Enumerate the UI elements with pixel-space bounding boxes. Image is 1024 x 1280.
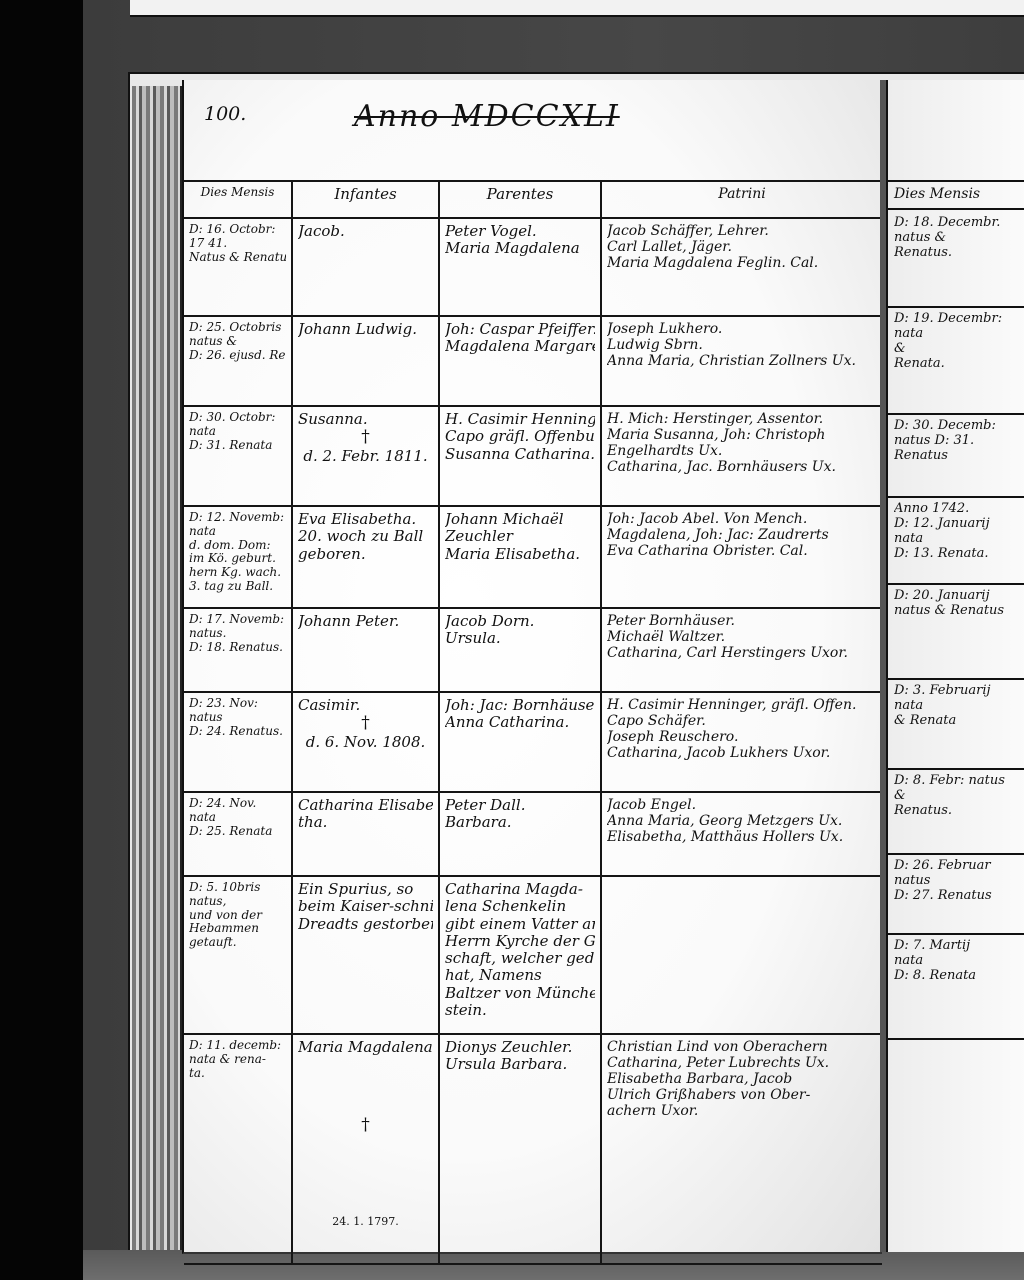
cell-parents-line: lena Schenkelin xyxy=(445,898,595,915)
cell-parents: Johann MichaëlZeuchlerMaria Elisabetha. xyxy=(439,506,601,608)
cell-date-line: D: 12. Novemb: xyxy=(189,511,286,525)
cell-parents: Dionys Zeuchler.Ursula Barbara. xyxy=(439,1034,601,1264)
cell-patrini-line: achern Uxor. xyxy=(607,1103,877,1119)
cell-patrini-line: Maria Magdalena Feglin. Cal. xyxy=(607,255,877,271)
cell-parents-line: Peter Dall. xyxy=(445,797,595,814)
cell-patrini-line: Jacob Schäffer, Lehrer. xyxy=(607,223,877,239)
scan-black-border xyxy=(0,0,83,1280)
cell-parents-line: Jacob Dorn. xyxy=(445,613,595,630)
death-cross-icon: † xyxy=(298,1116,433,1136)
cell-parents: Joh: Jac: Bornhäuser.Anna Catharina. xyxy=(439,692,601,792)
register-row: D: 11. decemb:nata & rena-ta.Maria Magda… xyxy=(184,1034,882,1264)
facing-page-entry-line: D: 30. Decemb: xyxy=(894,419,1020,434)
cell-date-line: natus, xyxy=(189,895,286,909)
facing-page-entry-line: D: 20. Januarij xyxy=(894,589,1020,604)
cell-parents-line: Joh: Caspar Pfeiffer. xyxy=(445,321,595,338)
cell-patrini-line: Catharina, Jacob Lukhers Uxor. xyxy=(607,745,877,761)
cell-infant-line: Casimir. xyxy=(298,697,433,714)
cell-patrini-line: Michaël Waltzer. xyxy=(607,629,877,645)
cell-patrini-line: Joh: Jacob Abel. Von Mench. xyxy=(607,511,877,527)
cell-parents-line: Dionys Zeuchler. xyxy=(445,1039,595,1056)
cell-date-line: D: 23. Nov: xyxy=(189,697,286,711)
column-header-dies-mensis: Dies Mensis xyxy=(184,181,292,218)
facing-page-entry-line: D: 27. Renatus xyxy=(894,889,1020,904)
facing-page-entry-line: D: 7. Martij xyxy=(894,939,1020,954)
cell-infant: Eva Elisabetha.20. woch zu Ballgeboren. xyxy=(292,506,439,608)
register-row: D: 5. 10brisnatus,und von derHebammenget… xyxy=(184,876,882,1034)
cell-parents-line: schaft, welcher gedient xyxy=(445,950,595,967)
cell-date: D: 30. Octobr:nataD: 31. Renata xyxy=(184,406,292,506)
cell-date-line: 17 41. xyxy=(189,237,286,251)
cell-date-line: ta. xyxy=(189,1067,286,1081)
cell-parents-line: Capo gräfl. Offenbur. xyxy=(445,428,595,445)
cell-parents-line: H. Casimir Henninger xyxy=(445,411,595,428)
death-date-note: 24. 1. 1797. xyxy=(298,1216,433,1229)
cell-patrini-line: Engelhardts Ux. xyxy=(607,443,877,459)
cell-date: D: 12. Novemb:natad. dom. Dom:im Kö. geb… xyxy=(184,506,292,608)
facing-page-entry-line: Renatus xyxy=(894,449,1020,464)
cell-infant-line: tha. xyxy=(298,814,433,831)
cell-date: D: 16. Octobr:17 41.Natus & Renatus xyxy=(184,218,292,316)
cell-parents-line: Barbara. xyxy=(445,814,595,831)
folio-number: 100. xyxy=(204,104,246,126)
year-heading: Anno MDCCXLI xyxy=(354,100,620,135)
cell-parents-line: Catharina Magda- xyxy=(445,881,595,898)
cell-patrini-line: Catharina, Carl Herstingers Uxor. xyxy=(607,645,877,661)
death-date-note: d. 6. Nov. 1808. xyxy=(298,734,433,751)
cell-patrini-line: Joseph Lukhero. xyxy=(607,321,877,337)
cell-infant-line: geboren. xyxy=(298,546,433,563)
cell-parents-line: hat, Namens xyxy=(445,967,595,984)
facing-page-entry-line: D: 12. Januarij xyxy=(894,517,1020,532)
cell-date-line: D: 17. Novemb: xyxy=(189,613,286,627)
facing-page-column-header: Dies Mensis xyxy=(888,180,1024,210)
death-cross-icon: † xyxy=(298,714,433,734)
facing-page-entry-line: D: 8. Renata xyxy=(894,969,1020,984)
facing-page-entry-line: & xyxy=(894,342,1020,357)
register-row: D: 12. Novemb:natad. dom. Dom:im Kö. geb… xyxy=(184,506,882,608)
facing-page-date-entry: Anno 1742.D: 12. JanuarijnataD: 13. Rena… xyxy=(888,498,1024,585)
cell-date-line: D: 18. Renatus. xyxy=(189,641,286,655)
cell-date-line: nata xyxy=(189,425,286,439)
cell-patrini-line: Joseph Reuschero. xyxy=(607,729,877,745)
cell-date-line: getauft. xyxy=(189,936,286,950)
cell-patrini: Jacob Engel.Anna Maria, Georg Metzgers U… xyxy=(601,792,882,876)
cell-infant: Maria Magdalena†24. 1. 1797. xyxy=(292,1034,439,1264)
facing-page-date-entry: D: 7. MartijnataD: 8. Renata xyxy=(888,935,1024,1040)
cell-infant: Casimir.†d. 6. Nov. 1808. xyxy=(292,692,439,792)
facing-page-entry-line: natus & xyxy=(894,231,1020,246)
cell-parents-line: Johann Michaël xyxy=(445,511,595,528)
cell-infant: Johann Ludwig. xyxy=(292,316,439,406)
facing-page-date-entry: D: 19. Decembr:nata&Renata. xyxy=(888,308,1024,415)
cell-date-line: Natus & Renatus xyxy=(189,251,286,265)
cell-parents: Jacob Dorn.Ursula. xyxy=(439,608,601,692)
facing-page-entry-line: Anno 1742. xyxy=(894,502,1020,517)
cell-date-line: D: 25. Octobris xyxy=(189,321,286,335)
cell-infant-line: Eva Elisabetha. xyxy=(298,511,433,528)
facing-page-entry-line: & Renata xyxy=(894,714,1020,729)
column-header-parentes: Parentes xyxy=(439,181,601,218)
register-row: D: 17. Novemb:natus.D: 18. Renatus.Johan… xyxy=(184,608,882,692)
register-row: D: 25. Octobrisnatus &D: 26. ejusd. Rena… xyxy=(184,316,882,406)
cell-infant-line: 20. woch zu Ball xyxy=(298,528,433,545)
cell-patrini-line: Anna Maria, Christian Zollners Ux. xyxy=(607,353,877,369)
cell-date-line: D: 16. Octobr: xyxy=(189,223,286,237)
cell-parents: Catharina Magda-lena Schenkelingibt eine… xyxy=(439,876,601,1034)
register-row: D: 24. Nov.nataD: 25. RenataCatharina El… xyxy=(184,792,882,876)
cell-patrini-line: Christian Lind von Oberachern xyxy=(607,1039,877,1055)
cell-date-line: natus xyxy=(189,711,286,725)
column-header-patrini: Patrini xyxy=(601,181,882,218)
cell-date-line: und von der xyxy=(189,909,286,923)
cell-parents-line: Baltzer von München- xyxy=(445,985,595,1002)
facing-page-date-entry: D: 18. Decembr.natus &Renatus. xyxy=(888,212,1024,308)
cell-patrini-line: Elisabetha Barbara, Jacob xyxy=(607,1071,877,1087)
cell-date-line: Hebammen xyxy=(189,922,286,936)
cell-parents-line: Zeuchler xyxy=(445,528,595,545)
cell-patrini: Joseph Lukhero.Ludwig Sbrn.Anna Maria, C… xyxy=(601,316,882,406)
cell-date-line: D: 30. Octobr: xyxy=(189,411,286,425)
cell-parents-line: Maria Magdalena xyxy=(445,240,595,257)
register-row: D: 23. Nov:natusD: 24. Renatus.Casimir.†… xyxy=(184,692,882,792)
cell-patrini-line: Magdalena, Joh: Jac: Zaudrerts xyxy=(607,527,877,543)
cell-patrini-line: Capo Schäfer. xyxy=(607,713,877,729)
death-cross-icon: † xyxy=(298,428,433,448)
cell-patrini-line: Eva Catharina Obrister. Cal. xyxy=(607,543,877,559)
facing-page-date-entry: D: 20. Januarijnatus & Renatus xyxy=(888,585,1024,680)
facing-page-entry-line: natus & Renatus xyxy=(894,604,1020,619)
cell-patrini-line: Carl Lallet, Jäger. xyxy=(607,239,877,255)
cell-date-line: D: 24. Nov. xyxy=(189,797,286,811)
cell-infant-line: Catharina Elisabe- xyxy=(298,797,433,814)
facing-page-entry-line: Renatus. xyxy=(894,246,1020,261)
cell-infant: Catharina Elisabe-tha. xyxy=(292,792,439,876)
cell-patrini-line: Ludwig Sbrn. xyxy=(607,337,877,353)
register-page-right-fragment: Dies Mensis D: 18. Decembr.natus &Renatu… xyxy=(886,80,1024,1252)
cell-date: D: 23. Nov:natusD: 24. Renatus. xyxy=(184,692,292,792)
cell-parents-line: Anna Catharina. xyxy=(445,714,595,731)
table-header-row: Dies Mensis Infantes Parentes Patrini xyxy=(184,181,882,218)
page-edges-stack xyxy=(132,86,182,1251)
cell-infant-line: Jacob. xyxy=(298,223,433,240)
cell-infant-line: beim Kaiser-schnitt xyxy=(298,898,433,915)
cell-infant-line: Johann Ludwig. xyxy=(298,321,433,338)
facing-page-entry-line: Renata. xyxy=(894,357,1020,372)
cell-parents-line: Magdalena Margaretha xyxy=(445,338,595,355)
cell-date-line: D: 11. decemb: xyxy=(189,1039,286,1053)
cell-patrini-line: Peter Bornhäuser. xyxy=(607,613,877,629)
cell-parents: Peter Dall.Barbara. xyxy=(439,792,601,876)
cell-patrini xyxy=(601,876,882,1034)
facing-page-date-entry: D: 3. Februarijnata& Renata xyxy=(888,680,1024,770)
cell-patrini-line: H. Mich: Herstinger, Assentor. xyxy=(607,411,877,427)
cell-infant: Ein Spurius, sobeim Kaiser-schnittDreadt… xyxy=(292,876,439,1034)
facing-page-date-entry: D: 30. Decemb:natus D: 31.Renatus xyxy=(888,415,1024,498)
cell-infant-line: Dreadts gestorben. xyxy=(298,916,433,933)
cell-date-line: D: 24. Renatus. xyxy=(189,725,286,739)
cell-infant-line: Johann Peter. xyxy=(298,613,433,630)
cell-parents: Joh: Caspar Pfeiffer.Magdalena Margareth… xyxy=(439,316,601,406)
cell-date: D: 11. decemb:nata & rena-ta. xyxy=(184,1034,292,1264)
cell-patrini: Peter Bornhäuser.Michaël Waltzer.Cathari… xyxy=(601,608,882,692)
register-row: D: 16. Octobr:17 41.Natus & RenatusJacob… xyxy=(184,218,882,316)
cell-date: D: 24. Nov.nataD: 25. Renata xyxy=(184,792,292,876)
cell-patrini: Jacob Schäffer, Lehrer.Carl Lallet, Jäge… xyxy=(601,218,882,316)
cell-parents: Peter Vogel.Maria Magdalena xyxy=(439,218,601,316)
baptism-register-table: Dies Mensis Infantes Parentes Patrini D:… xyxy=(184,180,882,1265)
cell-patrini-line: Jacob Engel. xyxy=(607,797,877,813)
facing-page-entry-line: nata xyxy=(894,532,1020,547)
cell-patrini-line: Catharina, Jac. Bornhäusers Ux. xyxy=(607,459,877,475)
cell-date-line: nata xyxy=(189,525,286,539)
cell-date-line: d. dom. Dom: xyxy=(189,539,286,553)
facing-page-entry-line: nata xyxy=(894,699,1020,714)
cell-parents-line: Peter Vogel. xyxy=(445,223,595,240)
cell-parents-line: Maria Elisabetha. xyxy=(445,546,595,563)
cell-patrini: H. Casimir Henninger, gräfl. Offen.Capo … xyxy=(601,692,882,792)
cell-patrini-line: Catharina, Peter Lubrechts Ux. xyxy=(607,1055,877,1071)
cell-date-line: im Kö. geburt. xyxy=(189,552,286,566)
death-date-note: d. 2. Febr. 1811. xyxy=(298,448,433,465)
cell-parents-line: gibt einem Vatter an xyxy=(445,916,595,933)
facing-page-entry-line: D: 26. Februar xyxy=(894,859,1020,874)
cell-infant-line: Ein Spurius, so xyxy=(298,881,433,898)
cell-patrini-line: Maria Susanna, Joh: Christoph xyxy=(607,427,877,443)
cell-date-line: 3. tag zu Ball. xyxy=(189,580,286,594)
cell-date: D: 17. Novemb:natus.D: 18. Renatus. xyxy=(184,608,292,692)
cell-patrini-line: Ulrich Grißhabers von Ober- xyxy=(607,1087,877,1103)
cell-patrini: H. Mich: Herstinger, Assentor.Maria Susa… xyxy=(601,406,882,506)
facing-page-entry-line: D: 18. Decembr. xyxy=(894,216,1020,231)
cell-date-line: natus & xyxy=(189,335,286,349)
facing-page-entry-line: Renatus. xyxy=(894,804,1020,819)
cell-date: D: 5. 10brisnatus,und von derHebammenget… xyxy=(184,876,292,1034)
facing-page-entry-line: D: 19. Decembr: xyxy=(894,312,1020,327)
cell-parents-line: stein. xyxy=(445,1002,595,1019)
cell-date-line: D: 5. 10bris xyxy=(189,881,286,895)
cell-parents-line: Ursula Barbara. xyxy=(445,1056,595,1073)
cell-parents-line: Herrn Kyrche der Graf- xyxy=(445,933,595,950)
facing-page-entry-line: D: 3. Februarij xyxy=(894,684,1020,699)
cell-infant-line: Susanna. xyxy=(298,411,433,428)
facing-page-entry-line: D: 8. Febr: natus xyxy=(894,774,1020,789)
cell-patrini-line: Anna Maria, Georg Metzgers Ux. xyxy=(607,813,877,829)
cell-date-line: nata & rena- xyxy=(189,1053,286,1067)
facing-page-entry-line: natus D: 31. xyxy=(894,434,1020,449)
cell-date: D: 25. Octobrisnatus &D: 26. ejusd. Rena… xyxy=(184,316,292,406)
register-page-left: 100. Anno MDCCXLI Dies Mensis Infantes P… xyxy=(182,80,882,1254)
cell-infant: Johann Peter. xyxy=(292,608,439,692)
facing-page-entry-line: natus xyxy=(894,874,1020,889)
cell-date-line: D: 25. Renata xyxy=(189,825,286,839)
facing-page-date-entry: D: 26. FebruarnatusD: 27. Renatus xyxy=(888,855,1024,935)
register-row: D: 30. Octobr:nataD: 31. RenataSusanna.†… xyxy=(184,406,882,506)
facing-page-entry-line: D: 13. Renata. xyxy=(894,547,1020,562)
cell-parents-line: Ursula. xyxy=(445,630,595,647)
cell-date-line: natus. xyxy=(189,627,286,641)
cell-parents-line: Susanna Catharina. xyxy=(445,446,595,463)
cell-date-line: D: 31. Renata xyxy=(189,439,286,453)
cell-date-line: nata xyxy=(189,811,286,825)
facing-page-date-entry: D: 8. Febr: natus&Renatus. xyxy=(888,770,1024,855)
cell-date-line: D: 26. ejusd. Renatus xyxy=(189,349,286,363)
facing-page-entry-line: nata xyxy=(894,327,1020,342)
previous-page-edge xyxy=(130,0,1024,17)
cell-patrini: Joh: Jacob Abel. Von Mench.Magdalena, Jo… xyxy=(601,506,882,608)
cell-patrini-line: H. Casimir Henninger, gräfl. Offen. xyxy=(607,697,877,713)
cell-infant: Susanna.†d. 2. Febr. 1811. xyxy=(292,406,439,506)
cell-date-line: hern Kg. wach. xyxy=(189,566,286,580)
cell-parents-line: Joh: Jac: Bornhäuser. xyxy=(445,697,595,714)
facing-page-entry-line: nata xyxy=(894,954,1020,969)
facing-page-entry-line: & xyxy=(894,789,1020,804)
cell-parents: H. Casimir HenningerCapo gräfl. Offenbur… xyxy=(439,406,601,506)
cell-patrini-line: Elisabetha, Matthäus Hollers Ux. xyxy=(607,829,877,845)
cell-patrini: Christian Lind von OberachernCatharina, … xyxy=(601,1034,882,1264)
cell-infant: Jacob. xyxy=(292,218,439,316)
cell-infant-line: Maria Magdalena xyxy=(298,1039,433,1056)
column-header-infantes: Infantes xyxy=(292,181,439,218)
